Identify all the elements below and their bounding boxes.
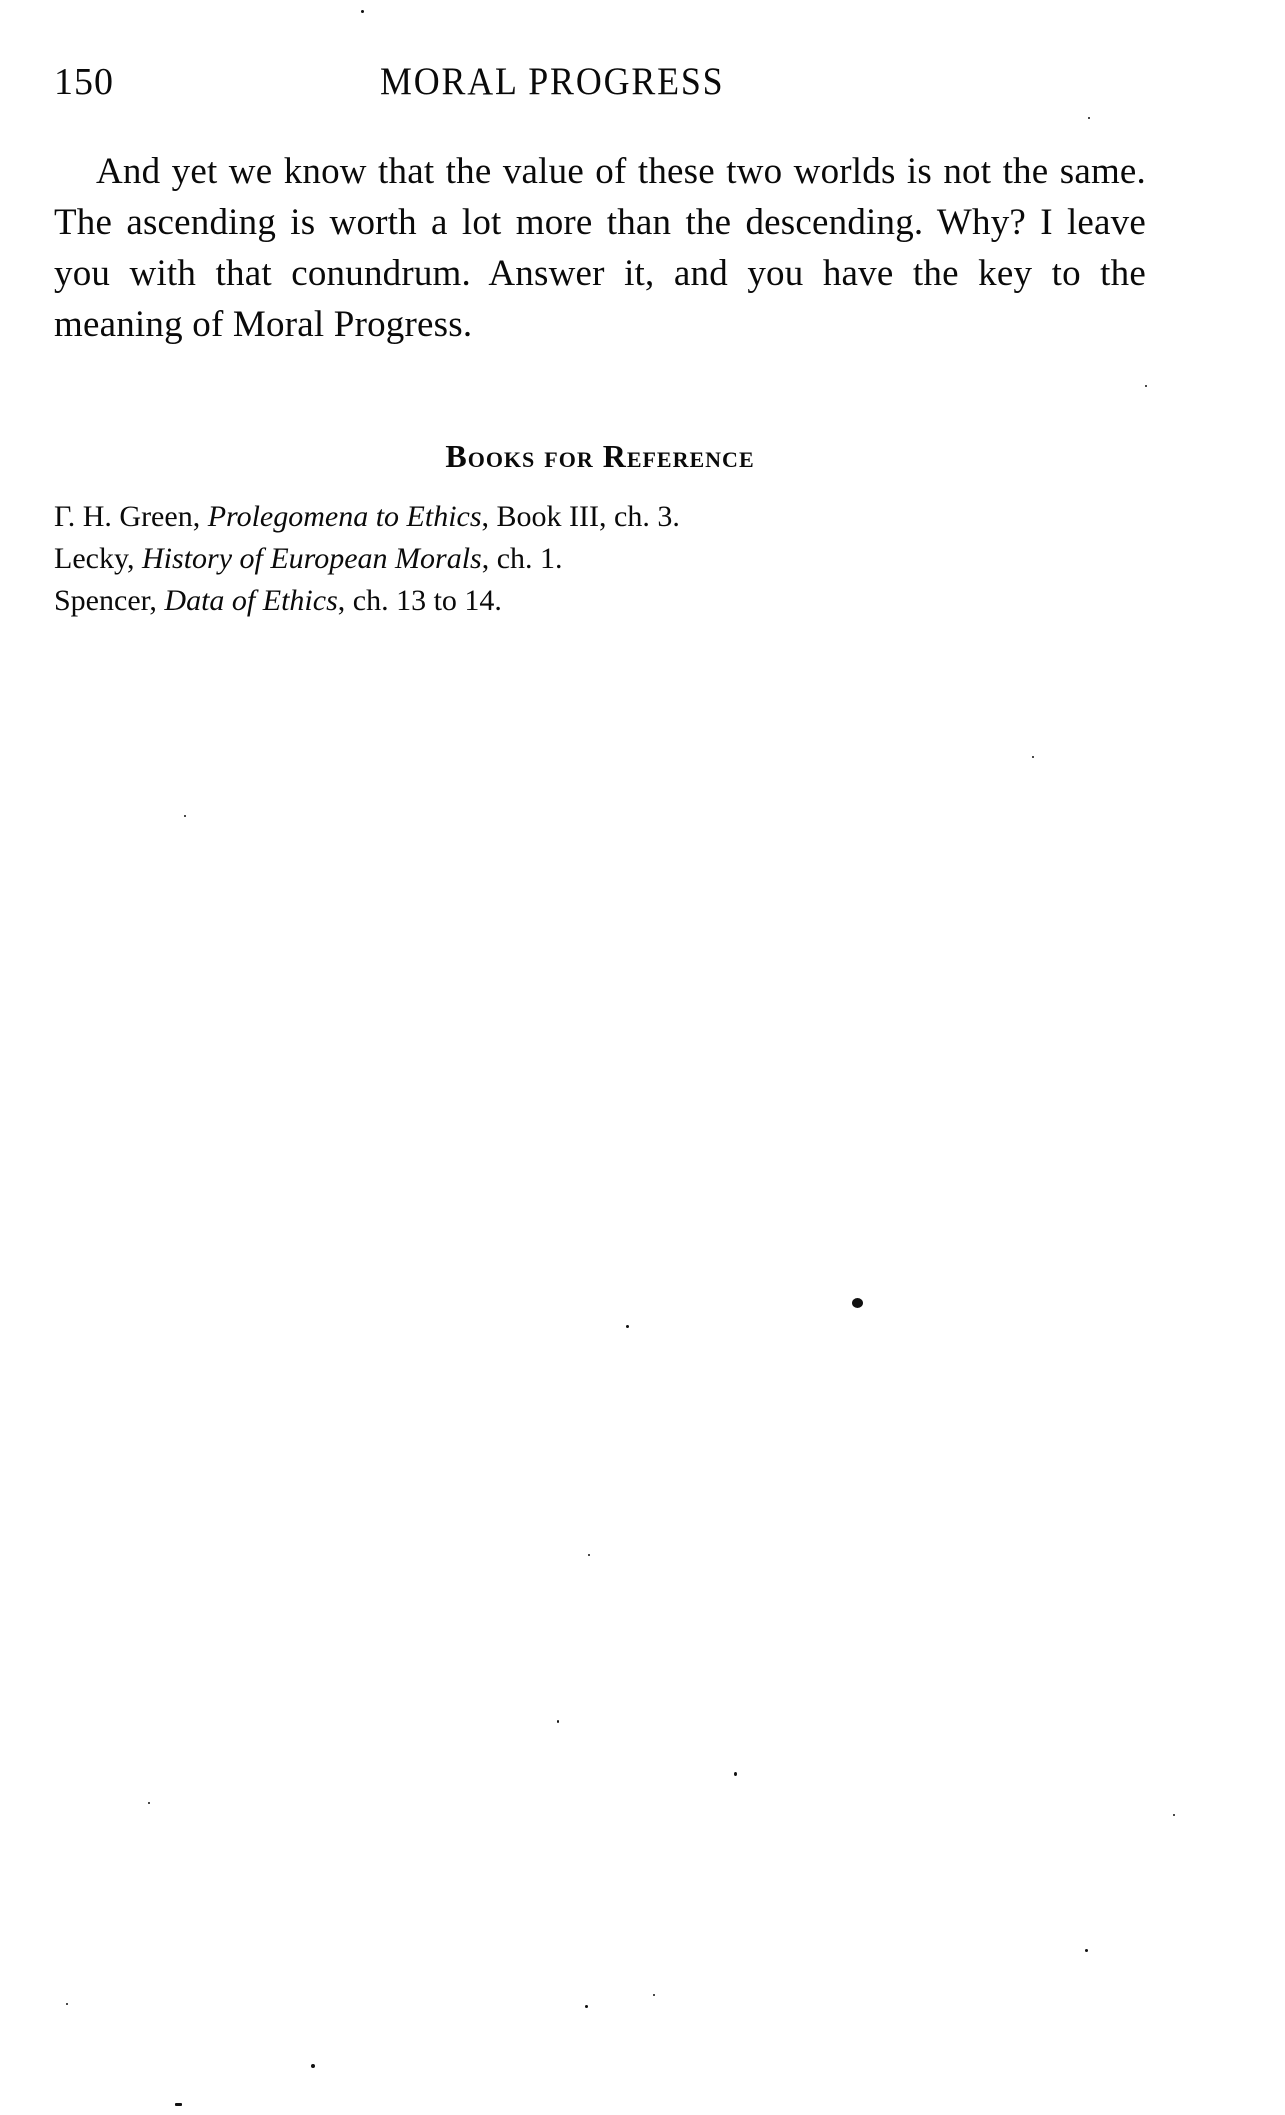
scan-speck bbox=[588, 1554, 590, 1556]
scan-speck bbox=[1173, 1814, 1175, 1816]
reference-author: Lecky, bbox=[54, 542, 142, 575]
reference-author: Spencer, bbox=[54, 584, 164, 617]
reference-locator: , ch. 1. bbox=[482, 542, 563, 575]
references-list: Γ. H. Green, Prolegomena to Ethics, Book… bbox=[54, 496, 680, 622]
scan-speck bbox=[66, 2003, 68, 2005]
scan-speck bbox=[1032, 756, 1034, 758]
reference-title: History of European Morals bbox=[142, 542, 482, 575]
scan-speck bbox=[1088, 117, 1090, 119]
reference-item: Lecky, History of European Morals, ch. 1… bbox=[54, 538, 680, 580]
scan-speck bbox=[311, 2064, 315, 2068]
scan-speck bbox=[148, 1802, 150, 1804]
reference-item: Γ. H. Green, Prolegomena to Ethics, Book… bbox=[54, 496, 680, 538]
scan-speck bbox=[626, 1325, 629, 1328]
scan-speck bbox=[734, 1772, 737, 1776]
scan-speck bbox=[585, 2005, 588, 2008]
scan-speck bbox=[852, 1298, 863, 1308]
scan-speck bbox=[184, 815, 186, 817]
body-paragraph: And yet we know that the value of these … bbox=[54, 146, 1146, 350]
reference-author: Γ. H. Green, bbox=[54, 500, 208, 533]
running-head: 150 MORAL PROGRESS bbox=[54, 58, 1146, 106]
running-title: MORAL PROGRESS bbox=[380, 58, 724, 106]
scan-speck bbox=[557, 1720, 559, 1723]
scan-speck bbox=[361, 10, 364, 13]
scan-speck bbox=[175, 2103, 182, 2106]
scan-speck bbox=[1145, 385, 1147, 387]
reference-locator: , ch. 13 to 14. bbox=[338, 584, 502, 617]
reference-title: Prolegomena to Ethics bbox=[208, 500, 482, 533]
reference-locator: , Book III, ch. 3. bbox=[482, 500, 680, 533]
scan-speck bbox=[653, 1994, 655, 1996]
scan-speck bbox=[1085, 1949, 1088, 1952]
reference-item: Spencer, Data of Ethics, ch. 13 to 14. bbox=[54, 580, 680, 622]
reference-title: Data of Ethics bbox=[164, 584, 337, 617]
page-number: 150 bbox=[54, 58, 114, 106]
book-page: 150 MORAL PROGRESS And yet we know that … bbox=[0, 0, 1285, 2115]
references-heading: Books for Reference bbox=[54, 436, 1146, 476]
